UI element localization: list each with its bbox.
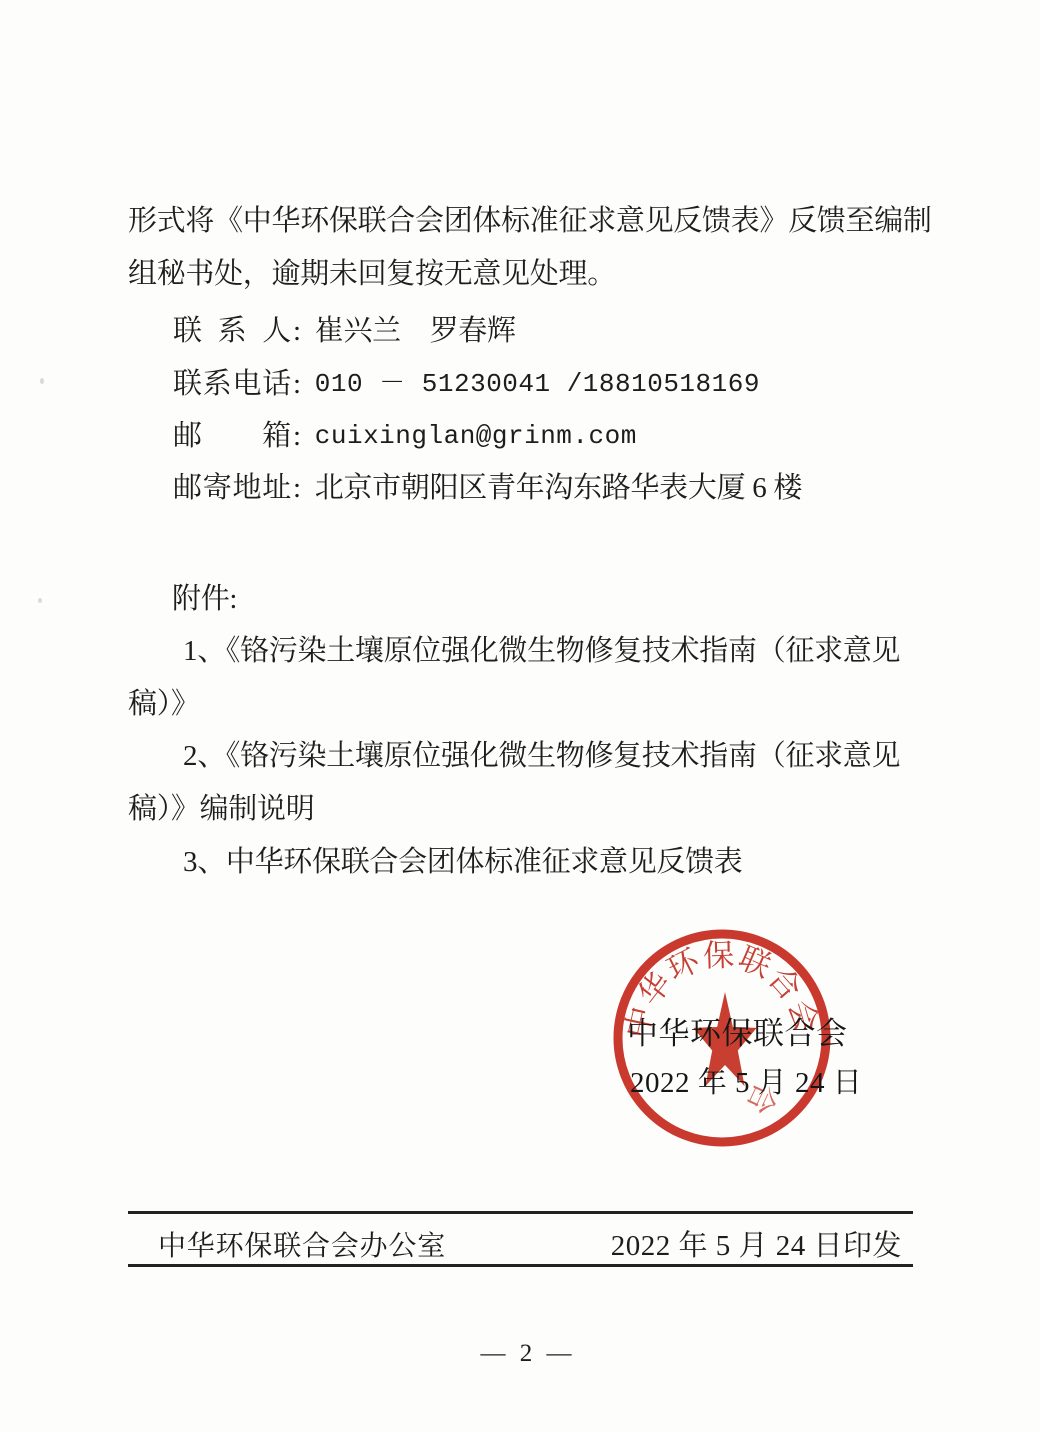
scan-artifact xyxy=(40,378,44,384)
signature-org: 中华环保联合会 xyxy=(627,1008,848,1053)
scan-artifact xyxy=(38,598,42,603)
footer-office: 中华环保联合会办公室 xyxy=(158,1224,446,1264)
footer-print-date: 2022 年 5 月 24 日印发 xyxy=(611,1223,902,1264)
attachments-heading: 附件: xyxy=(172,583,237,616)
attachment-item-3: 3、中华环保联合会团体标准征求意见反馈表 xyxy=(183,846,743,879)
contact-phone-colon: : xyxy=(293,368,301,401)
contact-person-value: 崔兴兰 罗春辉 xyxy=(315,315,516,348)
attachment-item-2-line-1: 2、《铬污染土壤原位强化微生物修复技术指南（征求意见 xyxy=(183,740,900,773)
attachment-item-2-line-2: 稿）》编制说明 xyxy=(128,793,314,826)
contact-email-value: cuixinglan@grinm.com xyxy=(315,422,637,452)
attachment-item-1-line-2: 稿）》 xyxy=(128,688,200,721)
body-paragraph-line-1: 形式将《中华环保联合会团体标准征求意见反馈表》反馈至编制 xyxy=(128,205,932,238)
contact-address-label: 邮寄地址 xyxy=(173,472,291,505)
footer-rule-top xyxy=(128,1211,913,1214)
contact-email-row: 邮箱: cuixinglan@grinm.com xyxy=(173,420,637,453)
page-number: — 2 — xyxy=(481,1340,576,1368)
signature-date: 2022 年 5 月 24 日 xyxy=(630,1060,862,1101)
contact-person-row: 联系人: 崔兴兰 罗春辉 xyxy=(173,315,516,348)
contact-person-colon: : xyxy=(293,315,301,348)
body-paragraph-line-2: 组秘书处，逾期未回复按无意见处理。 xyxy=(128,258,616,291)
contact-phone-value: 010 － 51230041 /18810518169 xyxy=(315,370,760,400)
attachment-item-1-line-1: 1、《铬污染土壤原位强化微生物修复技术指南（征求意见 xyxy=(183,635,900,668)
contact-email-label: 邮箱 xyxy=(173,420,291,453)
contact-address-value: 北京市朝阳区青年沟东路华表大厦 6 楼 xyxy=(315,472,802,505)
footer-row: 中华环保联合会办公室 2022 年 5 月 24 日印发 xyxy=(128,1223,913,1264)
contact-phone-row: 联系电话: 010 － 51230041 /18810518169 xyxy=(173,368,760,401)
contact-address-row: 邮寄地址: 北京市朝阳区青年沟东路华表大厦 6 楼 xyxy=(173,472,802,505)
scanned-document-page: { "document": { "body": { "para_line1": … xyxy=(0,0,1040,1432)
contact-person-label: 联系人 xyxy=(173,315,291,348)
contact-email-colon: : xyxy=(293,420,301,453)
footer-rule-bottom xyxy=(128,1264,913,1267)
contact-address-colon: : xyxy=(293,472,301,505)
contact-phone-label: 联系电话 xyxy=(173,368,291,401)
